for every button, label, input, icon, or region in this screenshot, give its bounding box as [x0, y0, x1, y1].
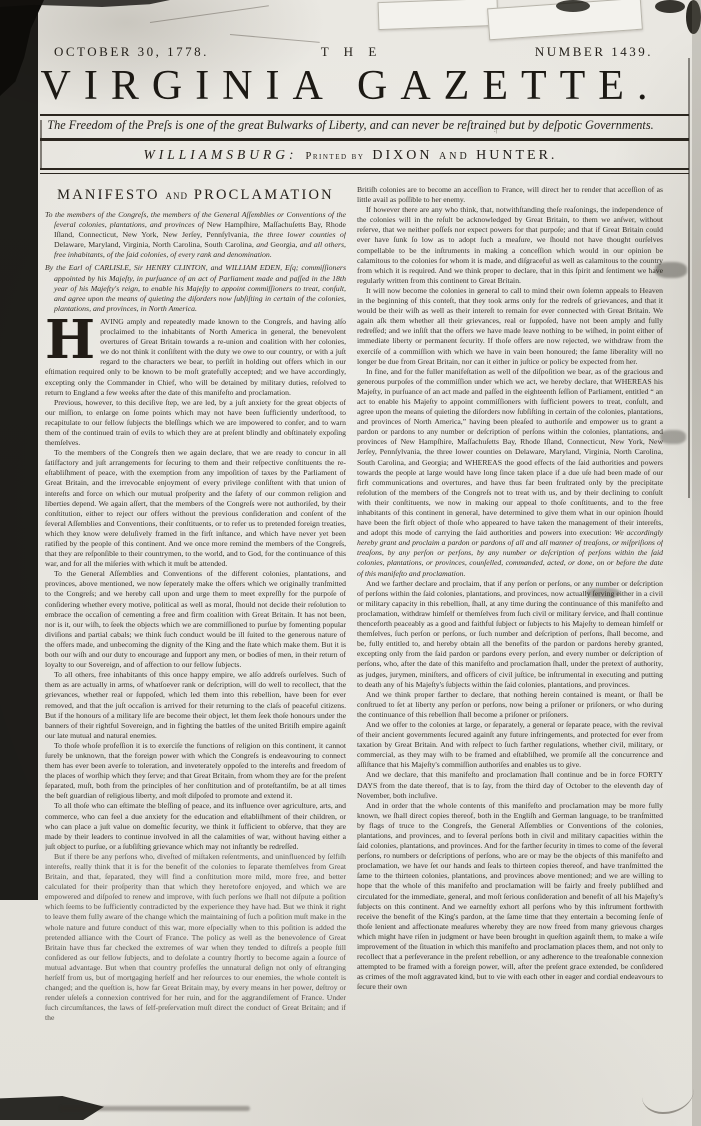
imprint-printers: DIXON and HUNTER. — [372, 148, 557, 163]
rule-under-motto — [40, 138, 689, 141]
text-run: PROCLAMATION — [188, 187, 334, 203]
bottom-left-smudge — [0, 1096, 104, 1120]
paragraph: And we declare, that this manifeſto and … — [357, 770, 663, 800]
paragraph: Britiſh colonies are to become an acceſſ… — [357, 185, 663, 205]
paper-patch — [487, 0, 643, 40]
masthead-dateline: OCTOBER 30, 1778. T H E NUMBER 1439. — [40, 44, 663, 62]
italic-text-run: the three lower counties of — [249, 230, 346, 239]
right-edge-shade — [692, 0, 701, 1126]
right-column: Britiſh colonies are to become an acceſſ… — [357, 185, 663, 1065]
text-run: Delaware, Maryland, Virginia, North Caro… — [54, 240, 256, 249]
text-run: To thoſe whoſe profeſſion it is to exerc… — [45, 741, 346, 800]
text-run: And we think proper farther to declare, … — [357, 690, 663, 719]
paragraph: If however there are any who think, that… — [357, 205, 663, 286]
paragraph: To the members of the Congreſs then we a… — [45, 448, 346, 569]
paragraph: To thoſe whoſe profeſſion it is to exerc… — [45, 741, 346, 802]
double-rule-top — [40, 168, 689, 170]
text-run: It will now become the colonies in gener… — [357, 286, 663, 366]
bottom-smudge-trail — [60, 1106, 250, 1111]
paragraph: It will now become the colonies in gener… — [357, 286, 663, 367]
imprint-line: WILLIAMSBURG: Printed by DIXON and HUNTE… — [0, 146, 701, 164]
masthead-motto: The Freedom of the Preſs is one of the g… — [0, 118, 701, 133]
paragraph: By the Earl of CARLISLE, Sir HENRY CLINT… — [45, 263, 346, 313]
drop-cap: H — [45, 317, 100, 361]
pencil-scribble — [150, 5, 269, 23]
ink-speck: :| — [494, 129, 498, 134]
text-run: And we offer to the colonies at large, o… — [357, 720, 663, 769]
torn-edge-left — [0, 0, 38, 900]
paragraph: In fine, and for the fuller manifeſtatio… — [357, 367, 663, 579]
text-run: Britiſh colonies are to become an acceſſ… — [357, 185, 663, 204]
paragraph: To all thoſe who can eſtimate the bleſſi… — [45, 801, 346, 851]
rule-under-title — [40, 114, 689, 116]
text-run: Georgia, — [270, 240, 299, 249]
paragraph: Previous, however, to this deciſive ſtep… — [45, 398, 346, 448]
text-run: And we farther declare and proclaim, tha… — [357, 579, 663, 689]
ink-smudge — [660, 430, 686, 444]
newspaper-page: OCTOBER 30, 1778. T H E NUMBER 1439. VIR… — [0, 0, 701, 1126]
paragraph: To the General Aſſemblies and Convention… — [45, 569, 346, 670]
italic-text-run: and — [256, 240, 270, 249]
torn-edge-top — [0, 0, 170, 7]
ink-blot — [686, 0, 701, 34]
text-run: But if there be any perſons who, diveſte… — [45, 852, 346, 1023]
paragraph: And in order that the whole contents of … — [357, 801, 663, 993]
masthead-title: VIRGINIA GAZETTE. — [0, 62, 701, 110]
paragraph: To the members of the Congreſs, the memb… — [45, 210, 346, 260]
paragraph: To all others, free inhabitants of this … — [45, 670, 346, 741]
ink-blot — [556, 0, 590, 12]
italic-text-run: By the Earl of CARLISLE, Sir HENRY CLINT… — [45, 263, 346, 312]
imprint-city: WILLIAMSBURG: — [144, 147, 298, 162]
ink-blot — [655, 0, 685, 13]
text-run: AND — [166, 191, 189, 201]
paragraph: HAVING amply and repeatedly made known t… — [45, 317, 346, 398]
double-rule-bottom — [40, 173, 689, 175]
imprint-printed-by: Printed by — [302, 151, 369, 162]
paragraph: But if there be any perſons who, diveſte… — [45, 852, 346, 1024]
article-heading: MANIFESTO AND PROCLAMATION — [45, 186, 346, 205]
paragraph: And we think proper farther to declare, … — [357, 690, 663, 720]
text-run: To the General Aſſemblies and Convention… — [45, 569, 346, 669]
text-run: If however there are any who think, that… — [357, 205, 663, 285]
paragraph: And we offer to the colonies at large, o… — [357, 720, 663, 770]
text-run: MANIFESTO — [57, 187, 165, 203]
pencil-scribble — [230, 34, 320, 43]
issue-number: NUMBER 1439. — [535, 44, 653, 60]
left-column: MANIFESTO AND PROCLAMATIONTo the members… — [45, 186, 346, 1066]
text-run: Previous, however, to this deciſive ſtep… — [45, 398, 346, 447]
text-run: To all others, free inhabitants of this … — [45, 670, 346, 740]
frame-fragment-left — [40, 120, 42, 170]
text-run: To all thoſe who can eſtimate the bleſſi… — [45, 801, 346, 850]
scratch-mark — [642, 1072, 694, 1114]
paper-patch — [378, 0, 499, 30]
text-run: And we declare, that this manifeſto and … — [357, 770, 663, 799]
text-run: In fine, and for the fuller manifeſtatio… — [357, 367, 663, 538]
text-run: And in order that the whole contents of … — [357, 801, 663, 992]
text-run: To the members of the Congreſs then we a… — [45, 448, 346, 568]
paragraph: And we farther declare and proclaim, tha… — [357, 579, 663, 690]
